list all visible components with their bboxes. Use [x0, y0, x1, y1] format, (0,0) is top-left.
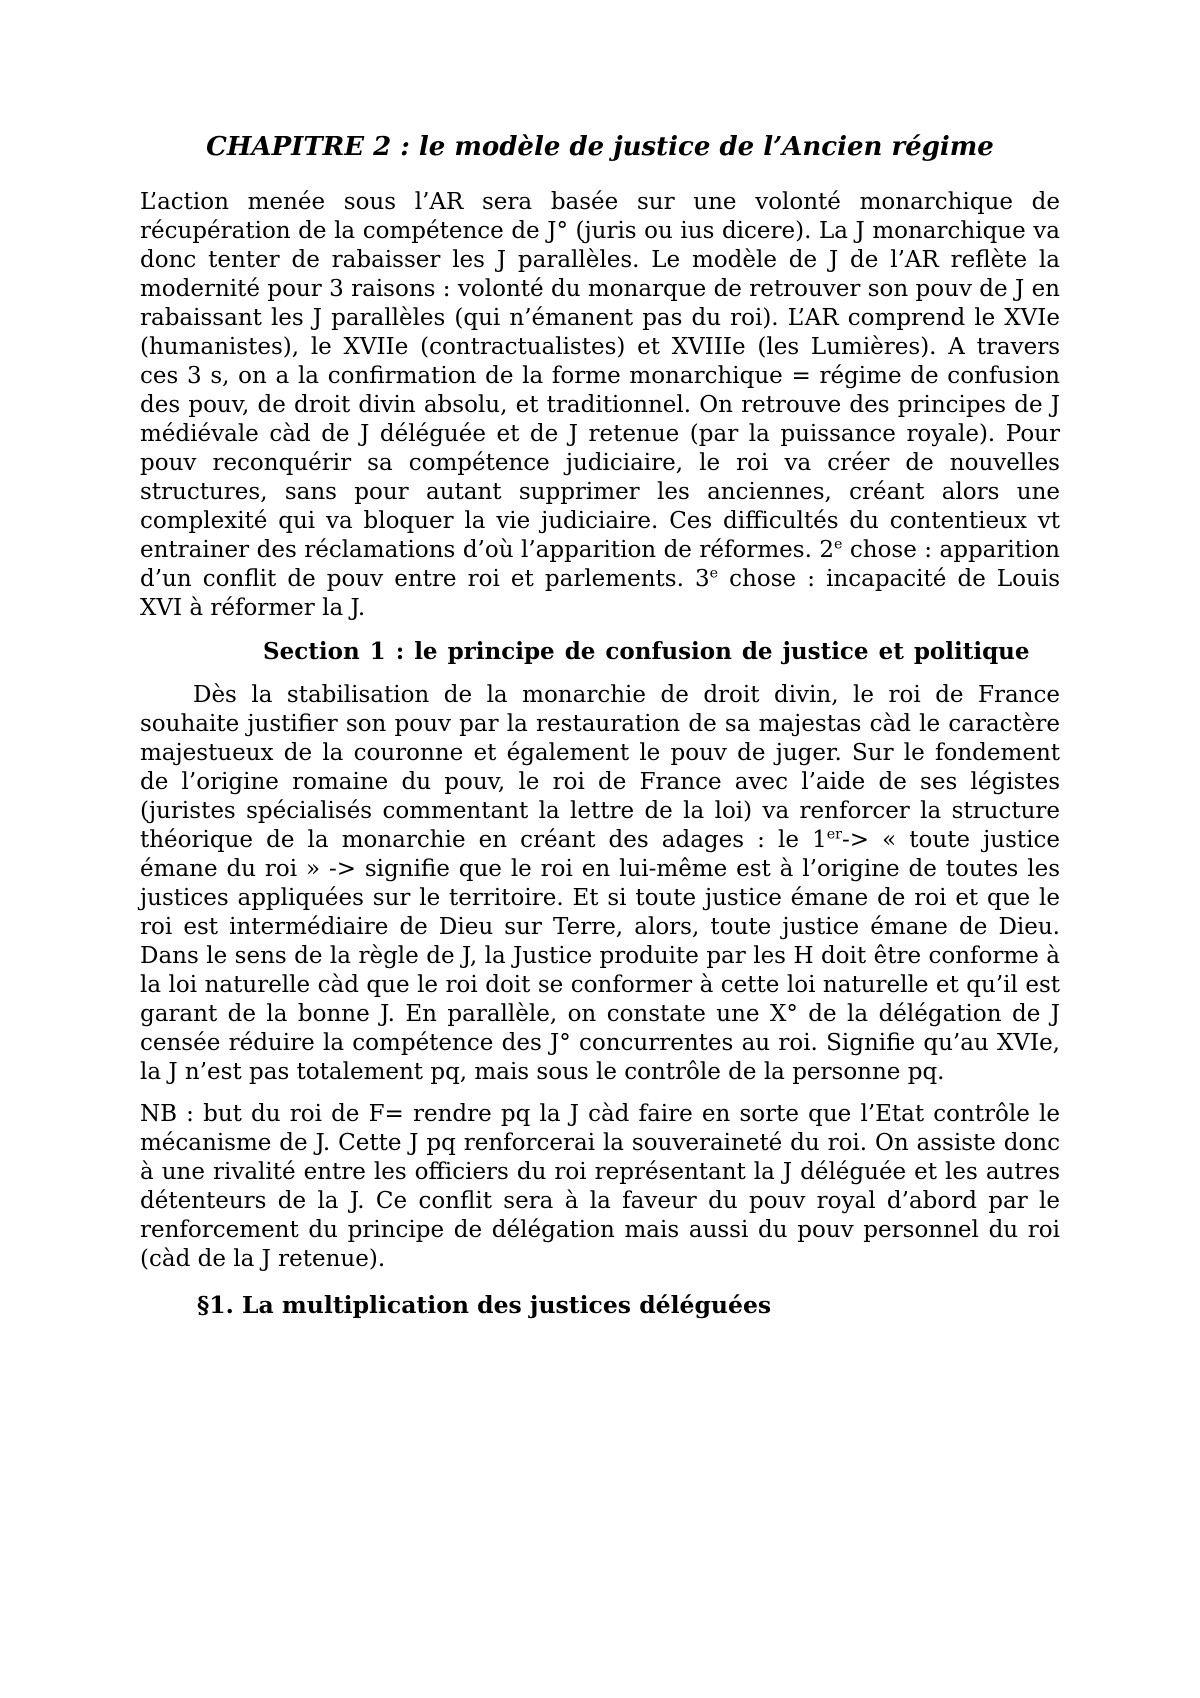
paragraph-section1-body: Dès la stabilisation de la monarchie de … — [140, 681, 1060, 1087]
document-page: CHAPITRE 2 : le modèle de justice de l’A… — [0, 0, 1200, 1698]
paragraph-intro: L’action menée sous l’AR sera basée sur … — [140, 188, 1060, 623]
sub-heading-paragraph-1: §1. La multiplication des justices délég… — [197, 1290, 1060, 1320]
section-1-heading: Section 1 : le principe de confusion de … — [140, 637, 1060, 667]
chapter-title: CHAPITRE 2 : le modèle de justice de l’A… — [140, 130, 1060, 164]
paragraph-nb: NB : but du roi de F= rendre pq la J càd… — [140, 1100, 1060, 1274]
